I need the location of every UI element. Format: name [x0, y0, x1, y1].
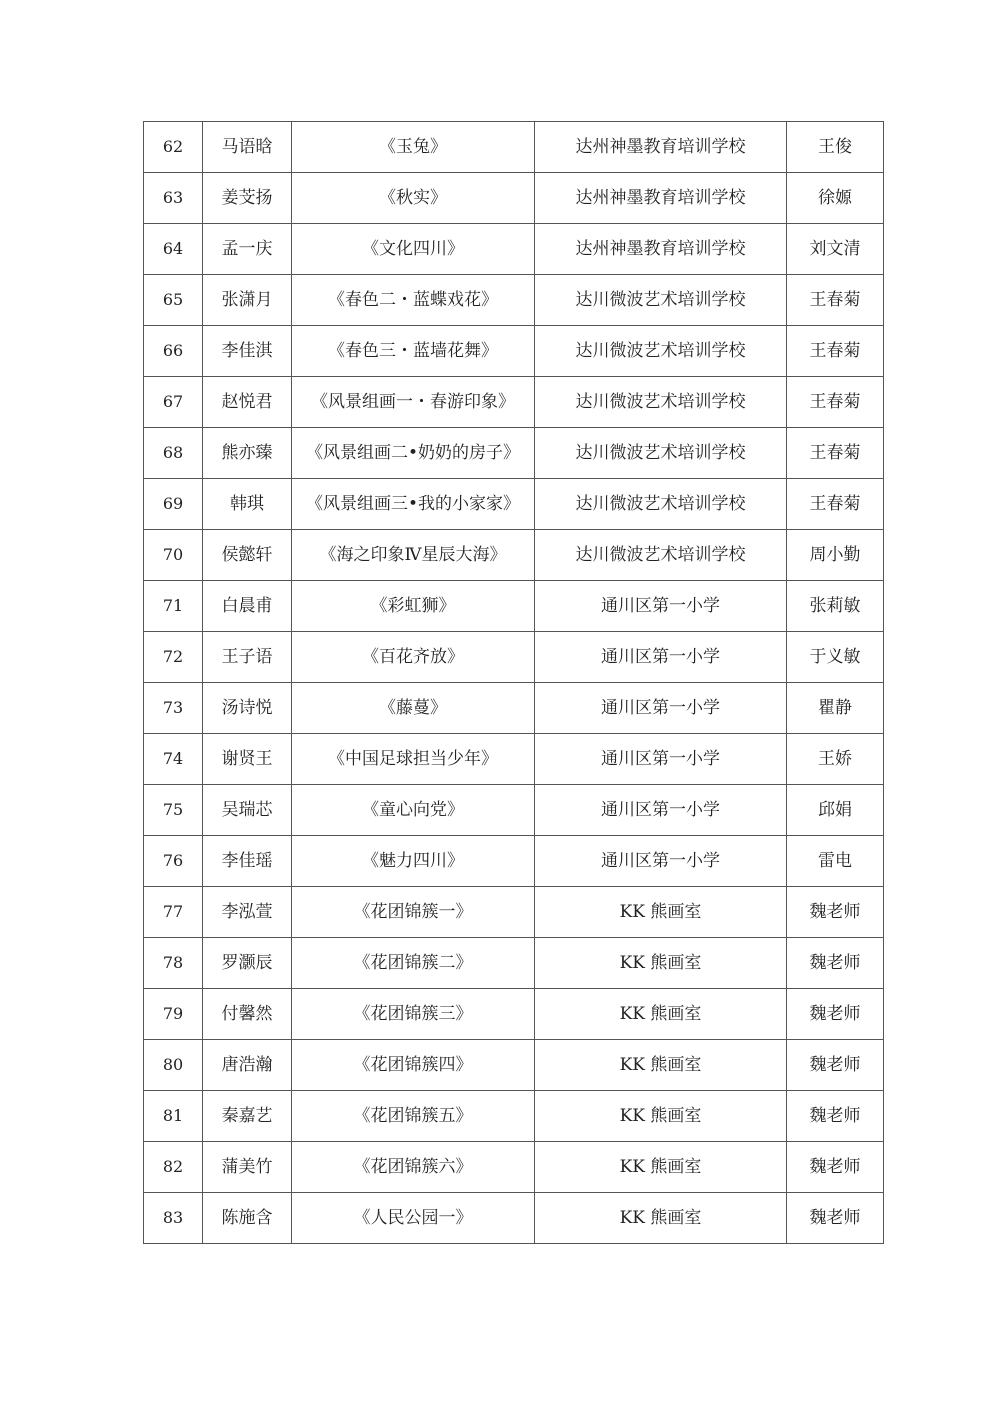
table-row: 77李泓萱《花团锦簇一》KK 熊画室魏老师 — [144, 887, 884, 938]
table-row: 67赵悦君《风景组画一・春游印象》达川微波艺术培训学校王春菊 — [144, 377, 884, 428]
table-row: 68熊亦臻《风景组画二•奶奶的房子》达川微波艺术培训学校王春菊 — [144, 428, 884, 479]
table-row: 72王子语《百花齐放》通川区第一小学于义敏 — [144, 632, 884, 683]
entry-number: 64 — [144, 224, 203, 275]
table-row: 81秦嘉艺《花团锦簇五》KK 熊画室魏老师 — [144, 1091, 884, 1142]
school-name: 达州神墨教育培训学校 — [535, 173, 787, 224]
artwork-title: 《风景组画一・春游印象》 — [292, 377, 535, 428]
entry-number: 65 — [144, 275, 203, 326]
student-name: 唐浩瀚 — [203, 1040, 292, 1091]
entry-number: 70 — [144, 530, 203, 581]
entry-number: 81 — [144, 1091, 203, 1142]
student-name: 姜芠扬 — [203, 173, 292, 224]
entry-number: 79 — [144, 989, 203, 1040]
teacher-name: 王春菊 — [787, 428, 884, 479]
student-name: 李佳瑶 — [203, 836, 292, 887]
entry-number: 80 — [144, 1040, 203, 1091]
school-name: 达川微波艺术培训学校 — [535, 530, 787, 581]
entry-number: 76 — [144, 836, 203, 887]
entry-number: 73 — [144, 683, 203, 734]
teacher-name: 王春菊 — [787, 377, 884, 428]
entry-number: 72 — [144, 632, 203, 683]
table-row: 75吴瑞芯《童心向党》通川区第一小学邱娟 — [144, 785, 884, 836]
table-row: 69韩琪《风景组画三•我的小家家》达川微波艺术培训学校王春菊 — [144, 479, 884, 530]
school-name: 达川微波艺术培训学校 — [535, 275, 787, 326]
artwork-title: 《花团锦簇一》 — [292, 887, 535, 938]
artwork-title: 《玉兔》 — [292, 122, 535, 173]
teacher-name: 刘文清 — [787, 224, 884, 275]
student-name: 白晨甫 — [203, 581, 292, 632]
entry-number: 77 — [144, 887, 203, 938]
student-name: 付馨然 — [203, 989, 292, 1040]
artwork-title: 《花团锦簇五》 — [292, 1091, 535, 1142]
teacher-name: 王俊 — [787, 122, 884, 173]
student-name: 赵悦君 — [203, 377, 292, 428]
school-name: 通川区第一小学 — [535, 785, 787, 836]
student-name: 孟一庆 — [203, 224, 292, 275]
entry-number: 71 — [144, 581, 203, 632]
school-name: 通川区第一小学 — [535, 683, 787, 734]
table-row: 64孟一庆《文化四川》达州神墨教育培训学校刘文清 — [144, 224, 884, 275]
school-name: 达州神墨教育培训学校 — [535, 224, 787, 275]
student-name: 张潇月 — [203, 275, 292, 326]
table-row: 74谢贤王《中国足球担当少年》通川区第一小学王娇 — [144, 734, 884, 785]
table-row: 83陈施含《人民公园一》KK 熊画室魏老师 — [144, 1193, 884, 1244]
school-name: KK 熊画室 — [535, 1091, 787, 1142]
artwork-title: 《花团锦簇三》 — [292, 989, 535, 1040]
school-name: KK 熊画室 — [535, 887, 787, 938]
student-name: 吴瑞芯 — [203, 785, 292, 836]
school-name: 达川微波艺术培训学校 — [535, 479, 787, 530]
school-name: KK 熊画室 — [535, 938, 787, 989]
school-name: 达川微波艺术培训学校 — [535, 326, 787, 377]
student-name: 谢贤王 — [203, 734, 292, 785]
artwork-title: 《春色二・蓝蝶戏花》 — [292, 275, 535, 326]
artwork-title: 《海之印象Ⅳ星辰大海》 — [292, 530, 535, 581]
entry-number: 69 — [144, 479, 203, 530]
school-name: 达州神墨教育培训学校 — [535, 122, 787, 173]
table-row: 79付馨然《花团锦簇三》KK 熊画室魏老师 — [144, 989, 884, 1040]
teacher-name: 魏老师 — [787, 1193, 884, 1244]
teacher-name: 魏老师 — [787, 989, 884, 1040]
table-row: 65张潇月《春色二・蓝蝶戏花》达川微波艺术培训学校王春菊 — [144, 275, 884, 326]
school-name: KK 熊画室 — [535, 1040, 787, 1091]
school-name: 通川区第一小学 — [535, 734, 787, 785]
student-name: 韩琪 — [203, 479, 292, 530]
roster-body: 62马语晗《玉兔》达州神墨教育培训学校王俊63姜芠扬《秋实》达州神墨教育培训学校… — [144, 122, 884, 1244]
school-name: 通川区第一小学 — [535, 581, 787, 632]
student-name: 马语晗 — [203, 122, 292, 173]
teacher-name: 周小勤 — [787, 530, 884, 581]
artwork-title: 《藤蔓》 — [292, 683, 535, 734]
student-name: 侯懿轩 — [203, 530, 292, 581]
teacher-name: 张莉敏 — [787, 581, 884, 632]
table-row: 66李佳淇《春色三・蓝墙花舞》达川微波艺术培训学校王春菊 — [144, 326, 884, 377]
entry-number: 68 — [144, 428, 203, 479]
school-name: 通川区第一小学 — [535, 632, 787, 683]
entry-number: 83 — [144, 1193, 203, 1244]
table-row: 76李佳瑶《魅力四川》通川区第一小学雷电 — [144, 836, 884, 887]
teacher-name: 瞿静 — [787, 683, 884, 734]
table-row: 71白晨甫《彩虹狮》通川区第一小学张莉敏 — [144, 581, 884, 632]
student-name: 王子语 — [203, 632, 292, 683]
teacher-name: 魏老师 — [787, 938, 884, 989]
artwork-title: 《人民公园一》 — [292, 1193, 535, 1244]
teacher-name: 魏老师 — [787, 1091, 884, 1142]
table-row: 78罗灏辰《花团锦簇二》KK 熊画室魏老师 — [144, 938, 884, 989]
teacher-name: 王春菊 — [787, 479, 884, 530]
entry-number: 67 — [144, 377, 203, 428]
entry-number: 82 — [144, 1142, 203, 1193]
table-row: 73汤诗悦《藤蔓》通川区第一小学瞿静 — [144, 683, 884, 734]
table-row: 80唐浩瀚《花团锦簇四》KK 熊画室魏老师 — [144, 1040, 884, 1091]
table-row: 63姜芠扬《秋实》达州神墨教育培训学校徐嫄 — [144, 173, 884, 224]
teacher-name: 徐嫄 — [787, 173, 884, 224]
table-row: 62马语晗《玉兔》达州神墨教育培训学校王俊 — [144, 122, 884, 173]
school-name: 通川区第一小学 — [535, 836, 787, 887]
student-name: 汤诗悦 — [203, 683, 292, 734]
entry-number: 75 — [144, 785, 203, 836]
award-roster-table: 62马语晗《玉兔》达州神墨教育培训学校王俊63姜芠扬《秋实》达州神墨教育培训学校… — [143, 121, 884, 1244]
artwork-title: 《秋实》 — [292, 173, 535, 224]
teacher-name: 王春菊 — [787, 326, 884, 377]
teacher-name: 王春菊 — [787, 275, 884, 326]
teacher-name: 邱娟 — [787, 785, 884, 836]
artwork-title: 《风景组画二•奶奶的房子》 — [292, 428, 535, 479]
school-name: KK 熊画室 — [535, 989, 787, 1040]
student-name: 熊亦臻 — [203, 428, 292, 479]
entry-number: 62 — [144, 122, 203, 173]
artwork-title: 《花团锦簇四》 — [292, 1040, 535, 1091]
student-name: 李泓萱 — [203, 887, 292, 938]
school-name: KK 熊画室 — [535, 1142, 787, 1193]
teacher-name: 王娇 — [787, 734, 884, 785]
document-page: 62马语晗《玉兔》达州神墨教育培训学校王俊63姜芠扬《秋实》达州神墨教育培训学校… — [0, 0, 1000, 1414]
teacher-name: 雷电 — [787, 836, 884, 887]
student-name: 秦嘉艺 — [203, 1091, 292, 1142]
entry-number: 74 — [144, 734, 203, 785]
school-name: 达川微波艺术培训学校 — [535, 377, 787, 428]
entry-number: 66 — [144, 326, 203, 377]
entry-number: 63 — [144, 173, 203, 224]
teacher-name: 魏老师 — [787, 1040, 884, 1091]
artwork-title: 《春色三・蓝墙花舞》 — [292, 326, 535, 377]
artwork-title: 《文化四川》 — [292, 224, 535, 275]
artwork-title: 《童心向党》 — [292, 785, 535, 836]
entry-number: 78 — [144, 938, 203, 989]
student-name: 陈施含 — [203, 1193, 292, 1244]
teacher-name: 魏老师 — [787, 1142, 884, 1193]
school-name: KK 熊画室 — [535, 1193, 787, 1244]
artwork-title: 《百花齐放》 — [292, 632, 535, 683]
table-row: 70侯懿轩《海之印象Ⅳ星辰大海》达川微波艺术培训学校周小勤 — [144, 530, 884, 581]
table-row: 82蒲美竹《花团锦簇六》KK 熊画室魏老师 — [144, 1142, 884, 1193]
school-name: 达川微波艺术培训学校 — [535, 428, 787, 479]
teacher-name: 魏老师 — [787, 887, 884, 938]
artwork-title: 《花团锦簇六》 — [292, 1142, 535, 1193]
artwork-title: 《中国足球担当少年》 — [292, 734, 535, 785]
student-name: 李佳淇 — [203, 326, 292, 377]
student-name: 罗灏辰 — [203, 938, 292, 989]
artwork-title: 《风景组画三•我的小家家》 — [292, 479, 535, 530]
artwork-title: 《彩虹狮》 — [292, 581, 535, 632]
teacher-name: 于义敏 — [787, 632, 884, 683]
artwork-title: 《花团锦簇二》 — [292, 938, 535, 989]
student-name: 蒲美竹 — [203, 1142, 292, 1193]
artwork-title: 《魅力四川》 — [292, 836, 535, 887]
